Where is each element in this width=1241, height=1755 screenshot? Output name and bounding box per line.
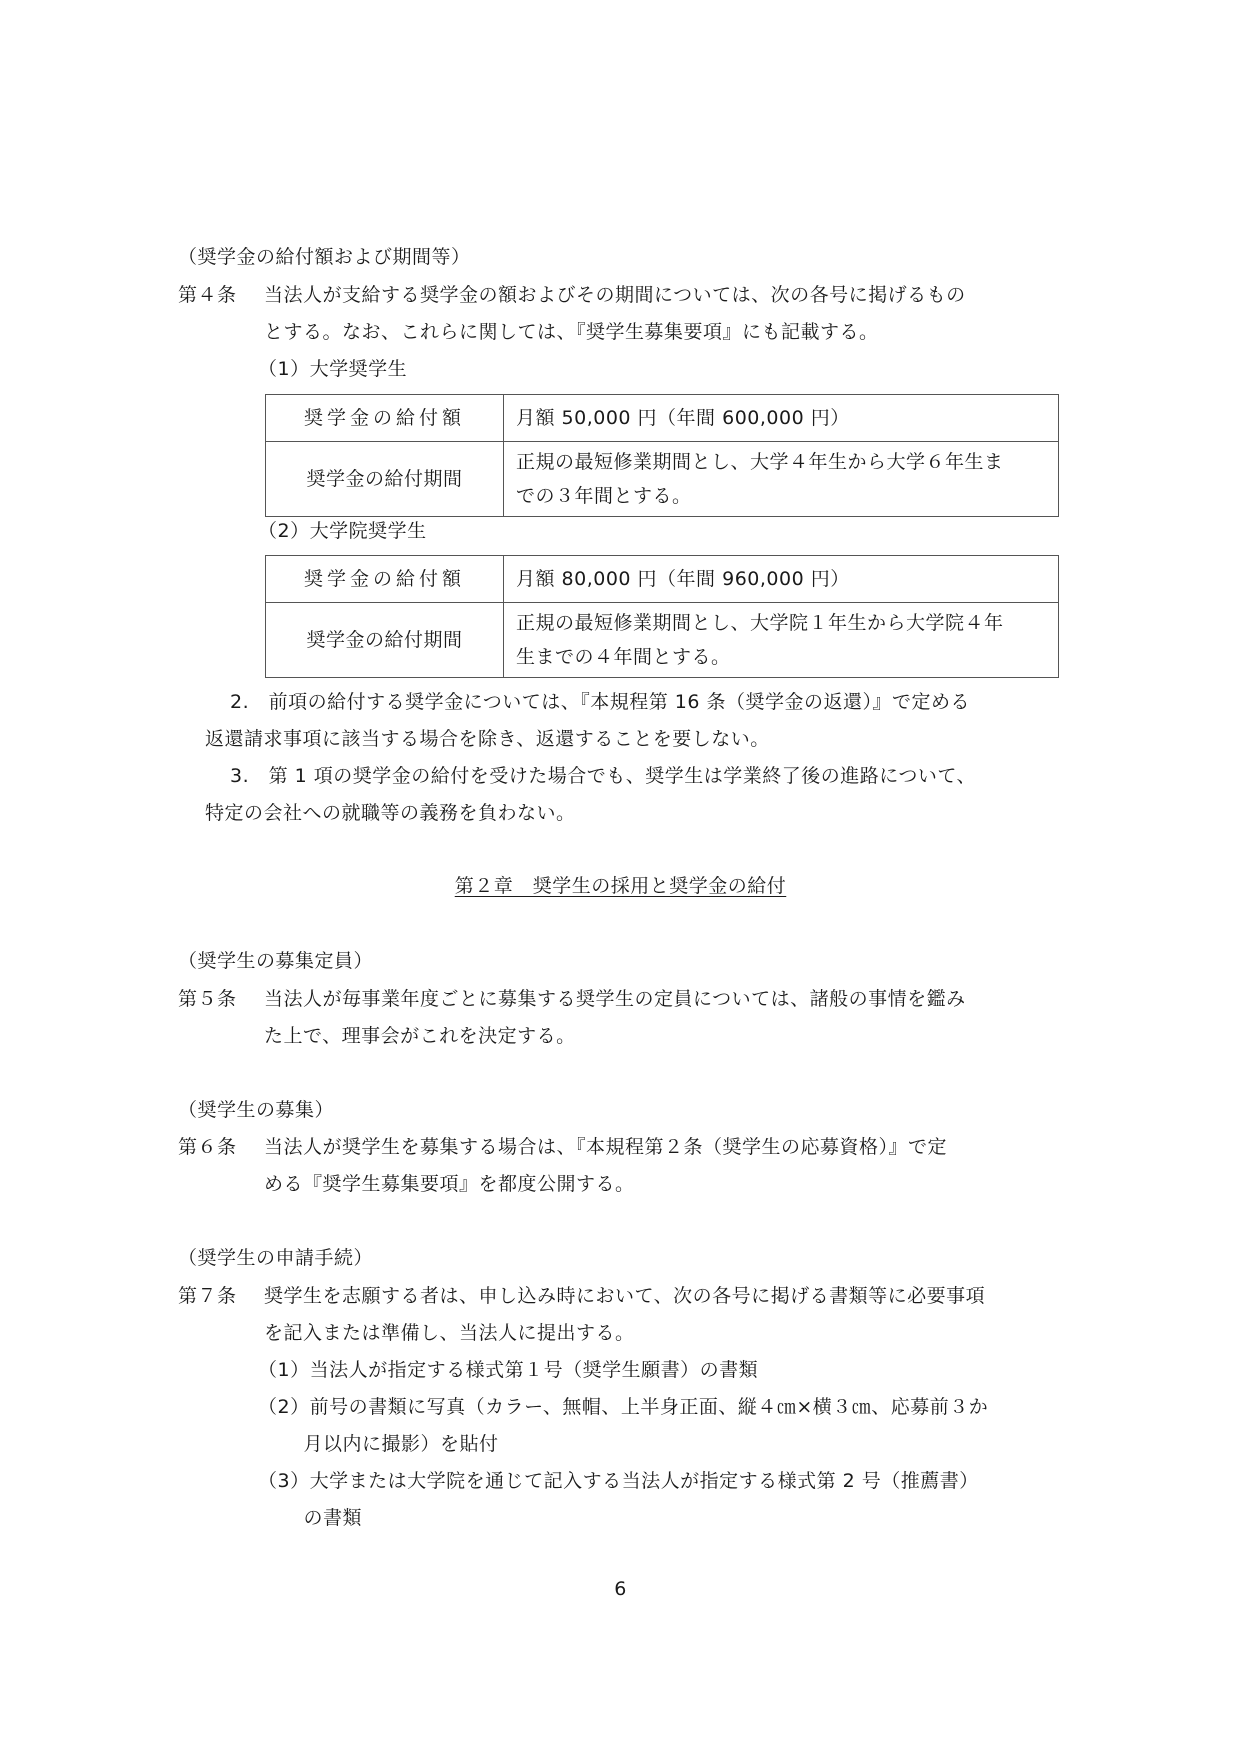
article-5-heading: （奨学生の募集定員） (178, 949, 373, 973)
chapter-title: 第２章 奨学生の採用と奨学金の給付 (0, 874, 1241, 898)
table-row: 奨学金の給付期間 正規の最短修業期間とし、大学院１年生から大学院４年 生までの４… (266, 603, 1059, 678)
list-item-1: （1）当法人が指定する様式第１号（奨学生願書）の書類 (258, 1358, 758, 1382)
article-4-number: 第４条 (178, 283, 237, 307)
undergrad-label: （1）大学奨学生 (258, 357, 407, 381)
article-5-line-1: 当法人が毎事業年度ごとに募集する奨学生の定員については、諸般の事情を鑑み (264, 987, 966, 1011)
list-item-2-line-2: 月以内に撮影）を貼付 (258, 1432, 499, 1456)
article-6-line-2: める『奨学生募集要項』を都度公開する。 (264, 1172, 635, 1196)
article-7-number: 第７条 (178, 1284, 237, 1308)
amount-label: 奨学金の給付額 (266, 556, 504, 603)
period-value-line-1: 正規の最短修業期間とし、大学院１年生から大学院４年 (516, 606, 1046, 640)
amount-value: 月額 80,000 円（年間 960,000 円） (504, 556, 1059, 603)
article-4-line-2: とする。なお、これらに関しては、『奨学生募集要項』にも記載する。 (264, 320, 879, 344)
undergrad-table: 奨学金の給付額 月額 50,000 円（年間 600,000 円） 奨学金の給付… (265, 394, 1059, 517)
article-4-heading: （奨学金の給付額および期間等） (178, 245, 471, 269)
article-6-line-1: 当法人が奨学生を募集する場合は、『本規程第２条（奨学生の応募資格）』で定 (264, 1135, 947, 1159)
paragraph-3-line-1: 3. 第 1 項の奨学金の給付を受けた場合でも、奨学生は学業終了後の進路について… (230, 764, 976, 788)
period-value-line-1: 正規の最短修業期間とし、大学４年生から大学６年生ま (516, 445, 1046, 479)
period-value: 正規の最短修業期間とし、大学４年生から大学６年生ま での３年間とする。 (504, 442, 1059, 517)
period-label: 奨学金の給付期間 (266, 603, 504, 678)
list-item-3-line-2: の書類 (258, 1506, 362, 1530)
article-6-number: 第６条 (178, 1135, 237, 1159)
amount-label: 奨学金の給付額 (266, 395, 504, 442)
paragraph-2-line-2: 返還請求事項に該当する場合を除き、返還することを要しない。 (205, 727, 770, 751)
amount-value: 月額 50,000 円（年間 600,000 円） (504, 395, 1059, 442)
table-row: 奨学金の給付額 月額 80,000 円（年間 960,000 円） (266, 556, 1059, 603)
article-5-line-2: た上で、理事会がこれを決定する。 (264, 1024, 576, 1048)
article-7-heading: （奨学生の申請手続） (178, 1246, 373, 1270)
period-label: 奨学金の給付期間 (266, 442, 504, 517)
amount-value-text: 月額 80,000 円（年間 960,000 円） (516, 568, 850, 590)
grad-table: 奨学金の給付額 月額 80,000 円（年間 960,000 円） 奨学金の給付… (265, 555, 1059, 678)
article-6-heading: （奨学生の募集） (178, 1098, 334, 1122)
list-item-2-line-1: （2）前号の書類に写真（カラー、無帽、上半身正面、縦４㎝×横３㎝、応募前３か (258, 1395, 988, 1419)
period-value: 正規の最短修業期間とし、大学院１年生から大学院４年 生までの４年間とする。 (504, 603, 1059, 678)
period-value-line-2: 生までの４年間とする。 (516, 640, 1046, 674)
period-value-line-2: での３年間とする。 (516, 479, 1046, 513)
article-7-line-2: を記入または準備し、当法人に提出する。 (264, 1321, 635, 1345)
article-5-number: 第５条 (178, 987, 237, 1011)
table-row: 奨学金の給付額 月額 50,000 円（年間 600,000 円） (266, 395, 1059, 442)
list-item-3-line-1: （3）大学または大学院を通じて記入する当法人が指定する様式第 2 号（推薦書） (258, 1469, 979, 1493)
table-row: 奨学金の給付期間 正規の最短修業期間とし、大学４年生から大学６年生ま での３年間… (266, 442, 1059, 517)
amount-value-text: 月額 50,000 円（年間 600,000 円） (516, 407, 850, 429)
article-7-line-1: 奨学生を志願する者は、申し込み時において、次の各号に掲げる書類等に必要事項 (264, 1284, 985, 1308)
article-4-line-1: 当法人が支給する奨学金の額およびその期間については、次の各号に掲げるもの (264, 283, 966, 307)
page-number: 6 (0, 1577, 1241, 1601)
paragraph-2-line-1: 2. 前項の給付する奨学金については、『本規程第 16 条（奨学金の返還）』で定… (230, 690, 970, 714)
paragraph-3-line-2: 特定の会社への就職等の義務を負わない。 (205, 801, 576, 825)
grad-label: （2）大学院奨学生 (258, 519, 427, 543)
